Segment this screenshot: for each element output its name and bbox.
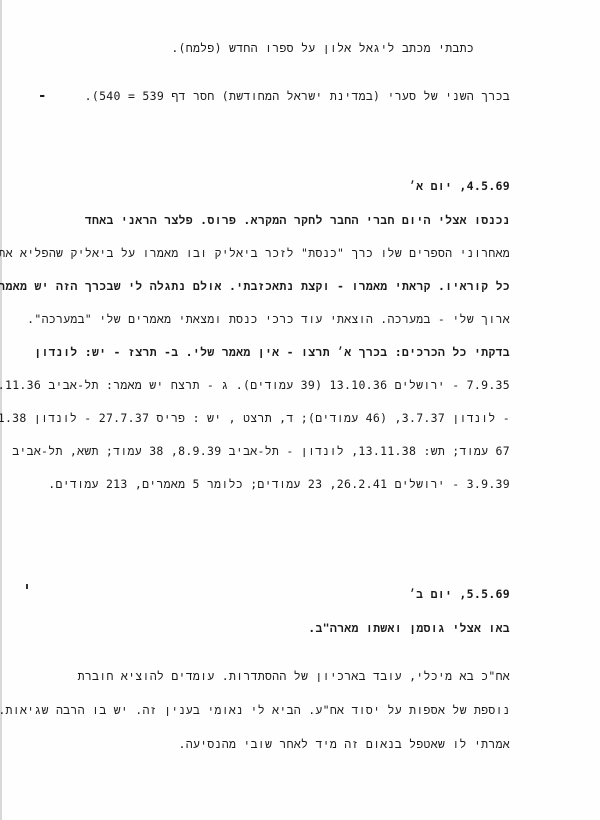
entry-2-line: אח"כ בא מיכלי, עובד בארכיון של ההסתדרות.… [78, 668, 510, 684]
entry-1-line: ארוך שלי - במערכה. הוצאתי עוד כרכי כנסת … [27, 311, 510, 327]
entry-1-line: נכנסו אצלי היום חברי החבר לחקר המקרא. פר… [85, 212, 510, 228]
entry-1-line: 7.9.35 - ירושלים 13.10.36 (39 עמודים). ג… [0, 377, 510, 393]
typewritten-diary-page: כתבתי מכתב ליגאל אלון על ספרו החדש (פלמח… [0, 0, 600, 820]
entry-1-line: בדקתי כל הכרכים: בכרך א׳ תרצו - אין מאמר… [34, 344, 510, 360]
header-note: כתבתי מכתב ליגאל אלון על ספרו החדש (פלמח… [171, 40, 474, 56]
bullet-dash: - [38, 88, 46, 104]
entry-2-line: נוספת של אספות על יסוד אח"ע. הביא לי נאו… [0, 702, 510, 718]
margin-mark [26, 584, 28, 589]
bullet-note: בכרך השני של סערי (במדינת ישראל המחודשת)… [85, 88, 510, 104]
entry-1-line: מאחרוני הספרים שלו כרך "כנסת" לזכר ביאלי… [0, 245, 510, 261]
entry-1-line: - לונדון 3.7.37, (46 עמודים); ד, תרצט , … [0, 410, 510, 426]
entry-2-line: באו אצלי גוסמן ואשתו מארה"ב. [308, 620, 510, 636]
entry-1-line: כל קוראיו. קראתי מאמרו - וקצת נתאכזבתי. … [0, 278, 510, 294]
entry-2-line: אמרתי לו שאטפל בנאום זה מיד לאחר שובי מה… [179, 736, 510, 752]
entry-1-line: 67 עמוד; תש: 13.11.38, לונדון - תל-אביב … [12, 443, 510, 459]
entry-date-1: 4.5.69, יום א׳ [409, 178, 510, 194]
entry-date-2: 5.5.69, יום ב׳ [409, 586, 510, 602]
entry-1-line: 3.9.39 - ירושלים 26.2.41, 23 עמודים; כלו… [48, 476, 510, 492]
